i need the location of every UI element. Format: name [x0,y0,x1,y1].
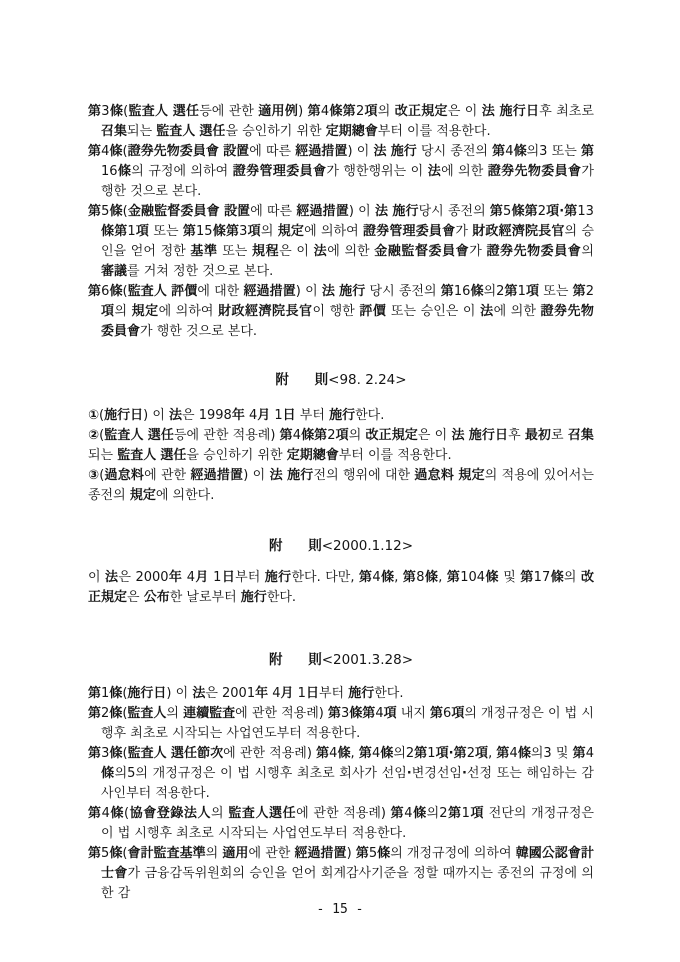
addendum-clause: ③(過怠料에 관한 經過措置) 이 法 施行전의 행위에 대한 過怠料 規定의 … [88,466,594,506]
legal-article: 第2條(監査人의 連續監査에 관한 적용례) 第3條第4項 내지 第6項의 개정… [88,704,594,744]
legal-article: 第5條(金融監督委員會 設置에 따른 經過措置) 이 法 施行당시 종전의 第5… [88,202,594,282]
prior-addendum-articles: 第3條(監査人 選任등에 관한 適用例) 第4條第2項의 改正規定은 이 法 施… [88,102,594,342]
legal-article: 第4條(證券先物委員會 設置에 따른 經過措置) 이 法 施行 당시 종전의 第… [88,142,594,202]
legal-article: 第1條(施行日) 이 法은 2001年 4月 1日부터 施行한다. [88,684,594,704]
legal-article: 第3條(監査人 選任등에 관한 適用例) 第4條第2項의 改正規定은 이 法 施… [88,102,594,142]
legal-article: 第6條(監査人 評價에 대한 經過措置) 이 法 施行 당시 종전의 第16條의… [88,282,594,342]
legal-article: 第5條(會計監査基準의 適用에 관한 經過措置) 第5條의 개정규정에 의하여 … [88,844,594,904]
addendum-clause: ②(監査人 選任등에 관한 적용례) 第4條第2項의 改正規定은 이 法 施行日… [88,426,594,466]
addendum-heading-1998: 附 則<98. 2.24> [88,370,594,390]
addendum-heading-2000: 附 則<2000.1.12> [88,536,594,556]
document-page: 第3條(監査人 選任등에 관한 適用例) 第4條第2項의 改正規定은 이 法 施… [0,0,680,962]
page-number: - 15 - [0,900,680,920]
addendum-2001: 附 則<2001.3.28> 第1條(施行日) 이 法은 2001年 4月 1日… [88,650,594,904]
addendum-heading-2001: 附 則<2001.3.28> [88,650,594,670]
legal-article: 第4條(協會登錄法人의 監査人選任에 관한 적용례) 第4條의2第1項 전단의 … [88,804,594,844]
addendum-clause: ①(施行日) 이 法은 1998年 4月 1日 부터 施行한다. [88,406,594,426]
addendum-clause: 이 法은 2000年 4月 1日부터 施行한다. 다만, 第4條, 第8條, 第… [88,568,594,608]
addendum-2000: 附 則<2000.1.12> 이 法은 2000年 4月 1日부터 施行한다. … [88,536,594,608]
addendum-1998: 附 則<98. 2.24> ①(施行日) 이 法은 1998年 4月 1日 부터… [88,370,594,506]
legal-article: 第3條(監査人 選任節次에 관한 적용례) 第4條, 第4條의2第1項·第2項,… [88,744,594,804]
